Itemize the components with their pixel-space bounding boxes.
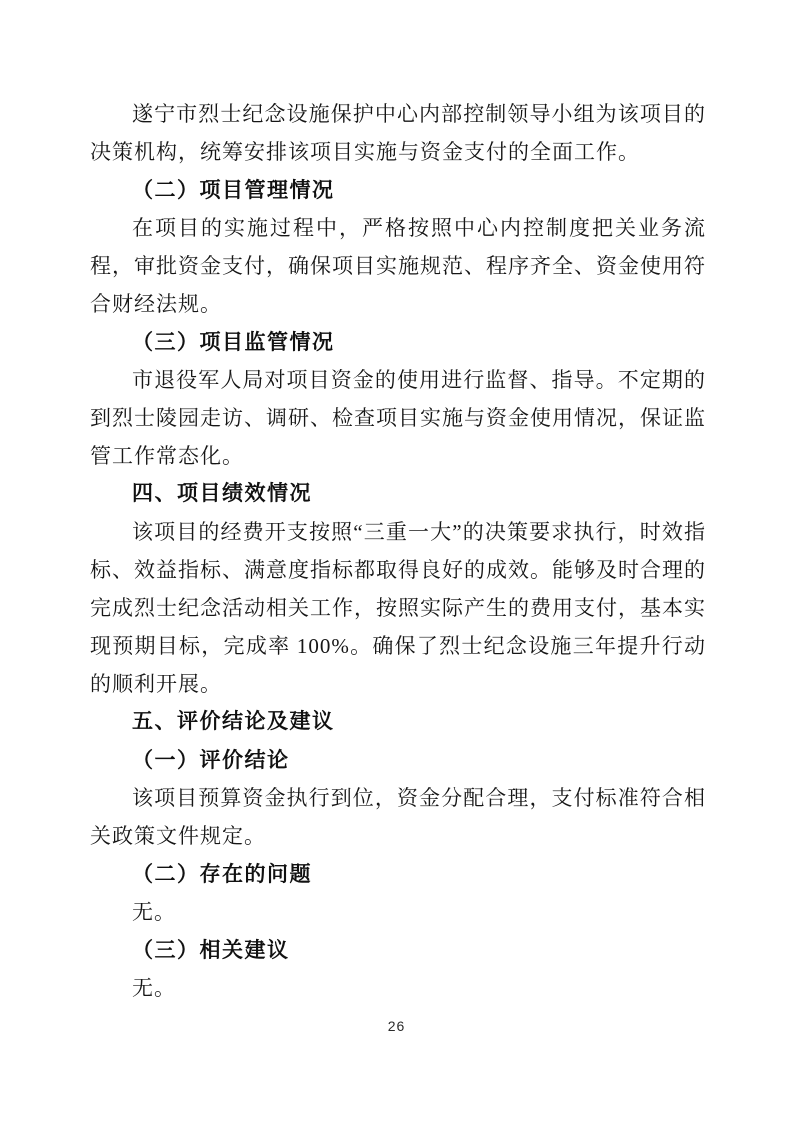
heading-suggestions: （三）相关建议 (90, 931, 706, 969)
paragraph-evaluation-detail: 该项目预算资金执行到位，资金分配合理，支付标准符合相关政策文件规定。 (90, 779, 706, 855)
page-footer: 26 (0, 1018, 793, 1036)
heading-project-performance: 四、项目绩效情况 (90, 475, 706, 513)
heading-conclusion-section: 五、评价结论及建议 (90, 703, 706, 741)
paragraph-problems-none: 无。 (90, 893, 706, 931)
paragraph-suggestions-none: 无。 (90, 969, 706, 1007)
paragraph-supervision-detail: 市退役军人局对项目资金的使用进行监督、指导。不定期的到烈士陵园走访、调研、检查项… (90, 361, 706, 475)
document-page: 遂宁市烈士纪念设施保护中心内部控制领导小组为该项目的决策机构，统筹安排该项目实施… (0, 0, 793, 1122)
heading-evaluation-result: （一）评价结论 (90, 741, 706, 779)
heading-existing-problems: （二）存在的问题 (90, 855, 706, 893)
paragraph-decision-body: 遂宁市烈士纪念设施保护中心内部控制领导小组为该项目的决策机构，统筹安排该项目实施… (90, 95, 706, 171)
heading-project-management: （二）项目管理情况 (90, 171, 706, 209)
paragraph-performance-detail: 该项目的经费开支按照“三重一大”的决策要求执行，时效指标、效益指标、满意度指标都… (90, 513, 706, 703)
paragraph-management-detail: 在项目的实施过程中，严格按照中心内控制度把关业务流程，审批资金支付，确保项目实施… (90, 209, 706, 323)
heading-project-supervision: （三）项目监管情况 (90, 323, 706, 361)
document-content: 遂宁市烈士纪念设施保护中心内部控制领导小组为该项目的决策机构，统筹安排该项目实施… (90, 95, 706, 1007)
page-number: 26 (388, 1018, 406, 1034)
